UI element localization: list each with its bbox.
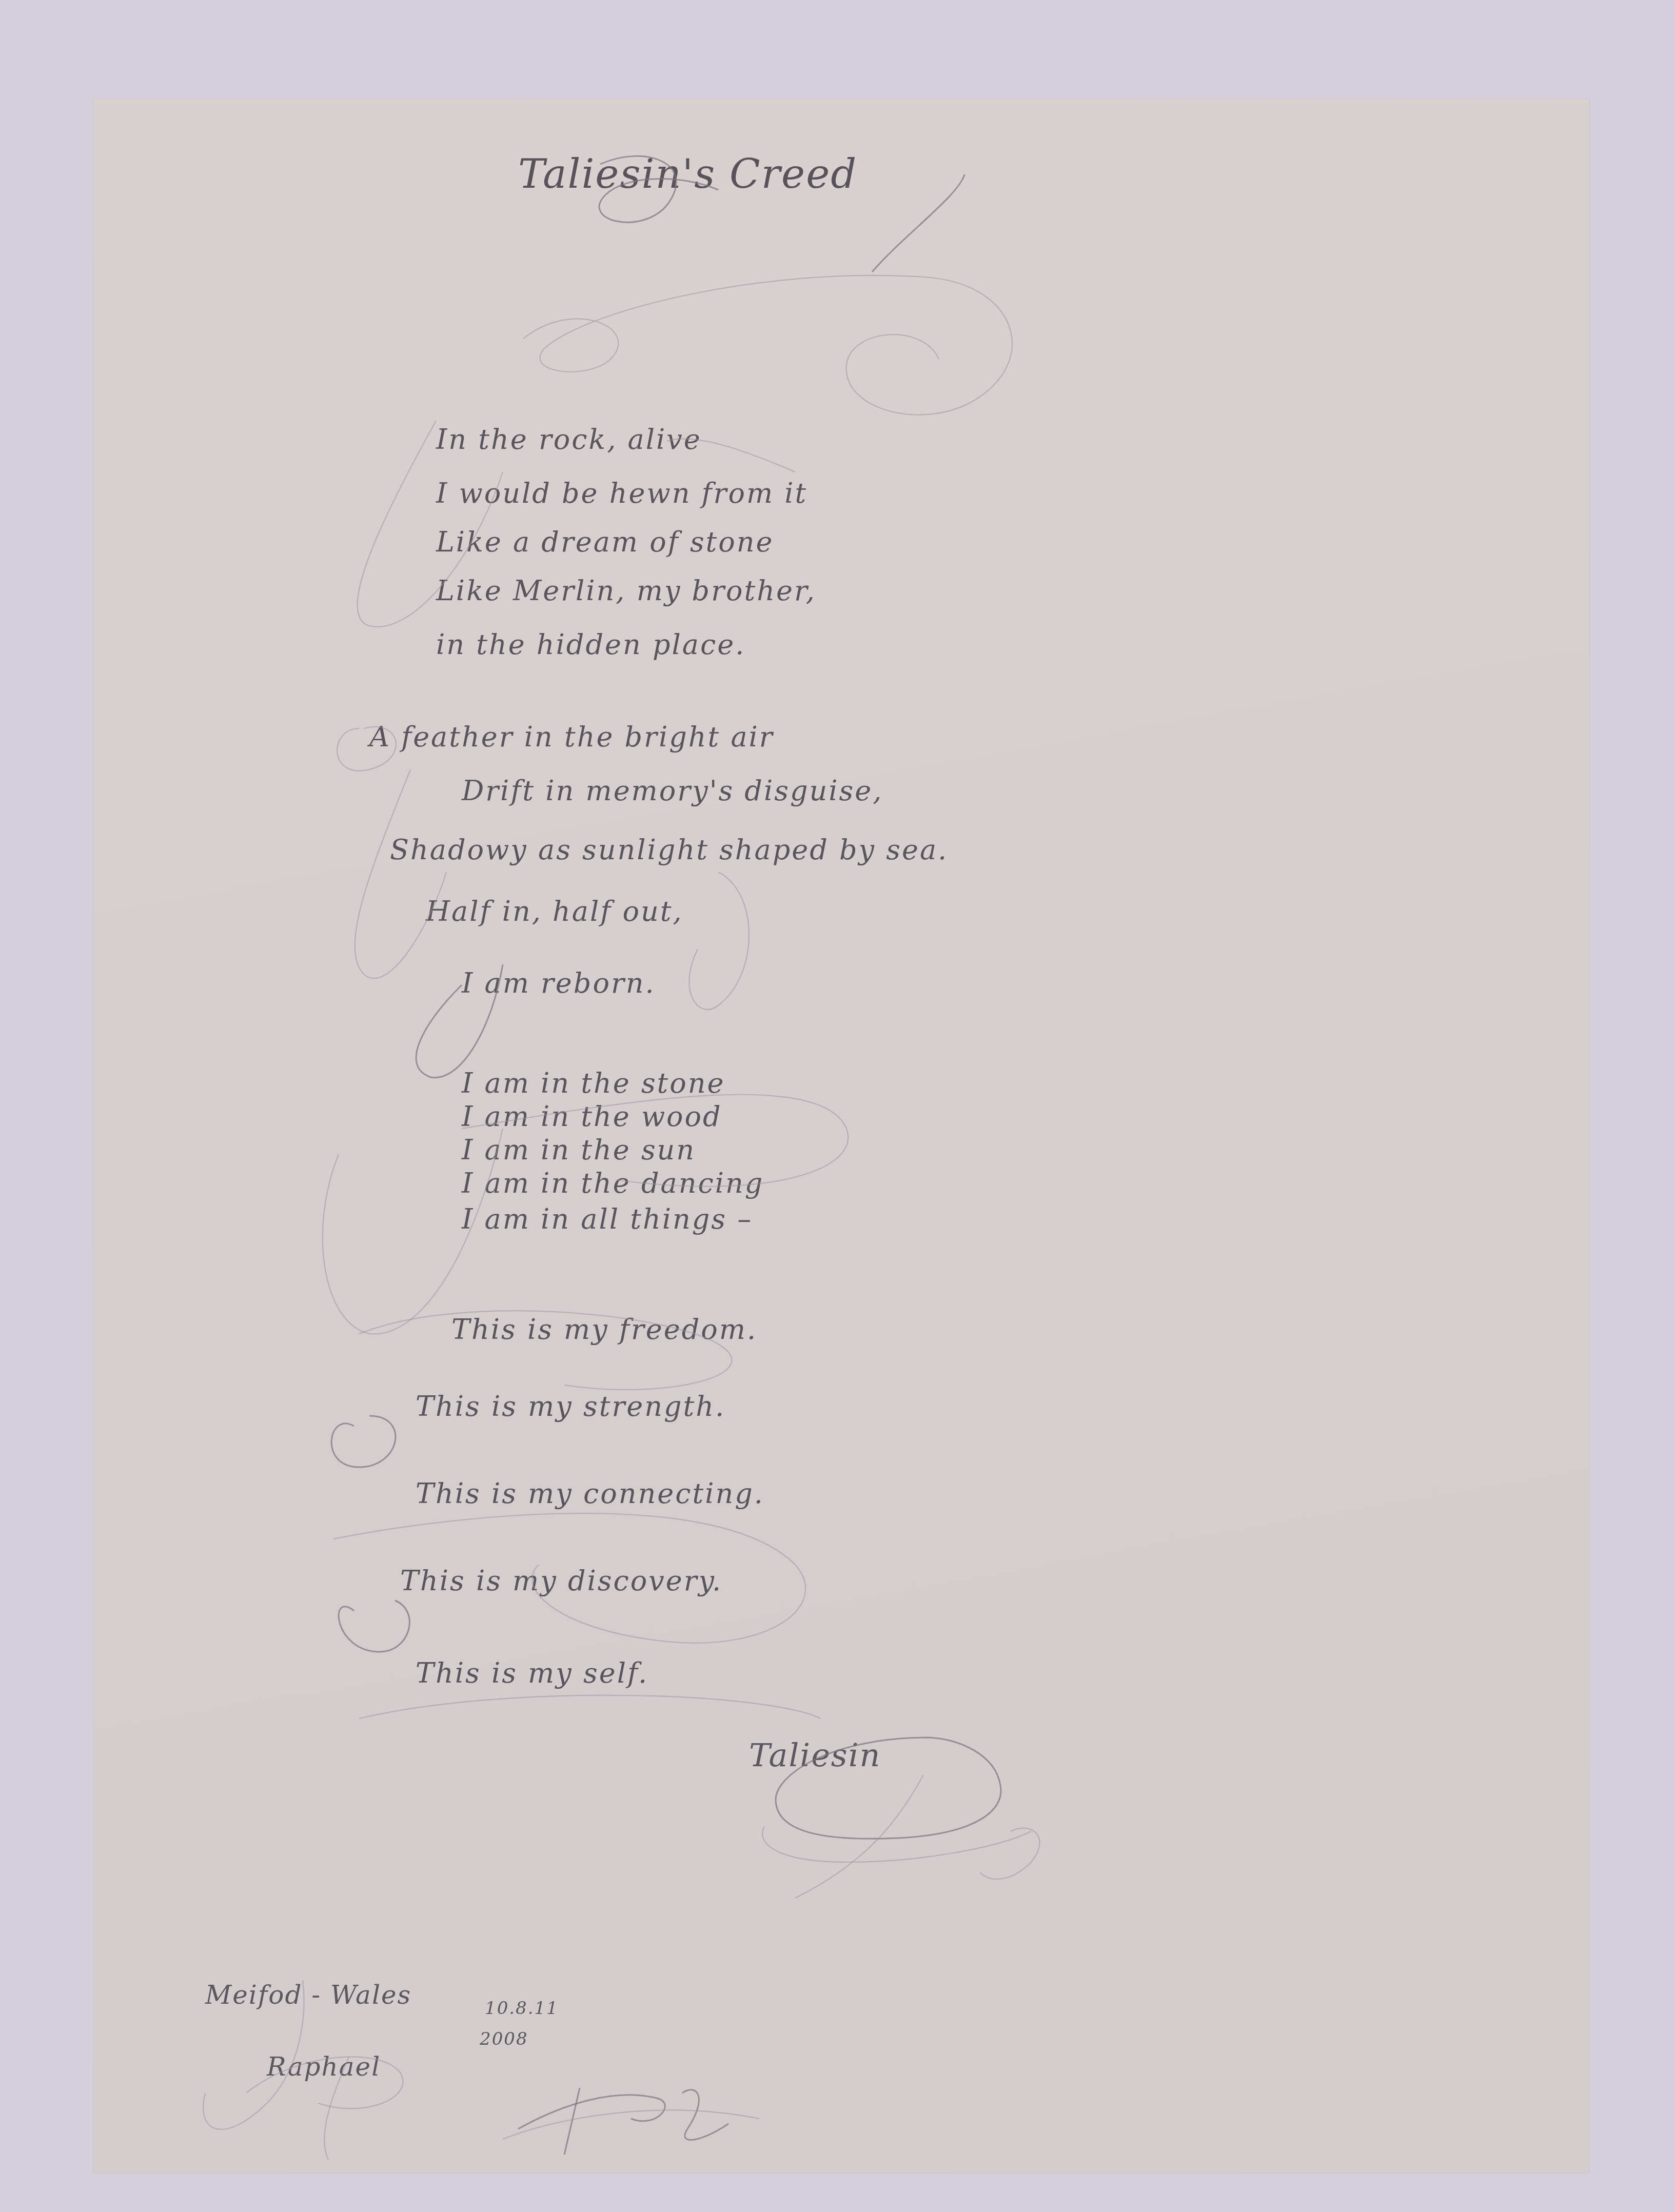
- signature: Taliesin: [749, 1736, 881, 1774]
- poem-line: in the hidden place.: [436, 628, 745, 661]
- poem-line: This is my strength.: [416, 1390, 725, 1423]
- poem-line: Drift in memory's disguise,: [462, 775, 883, 807]
- poem-line: I am in the dancing: [462, 1167, 764, 1199]
- poem-line: I am reborn.: [462, 967, 656, 999]
- inscription-place: Meifod - Wales: [205, 1980, 411, 2010]
- poem-line: I am in all things –: [462, 1203, 753, 1235]
- poem-line: I am in the stone: [462, 1067, 725, 1099]
- inscription-date: 10.8.11: [485, 1998, 559, 2019]
- poem-line: I am in the sun: [462, 1134, 696, 1166]
- inscription-name: Raphael: [267, 2052, 381, 2082]
- poem-line: This is my self.: [416, 1657, 648, 1689]
- poem-line: I am in the wood: [462, 1100, 722, 1133]
- poem-line: Like Merlin, my brother,: [436, 575, 816, 607]
- poem-line: Shadowy as sunlight shaped by sea.: [390, 834, 948, 866]
- poem-line: Half in, half out,: [426, 895, 683, 927]
- inscription-year: 2008: [480, 2029, 528, 2049]
- poem-line: This is my discovery.: [400, 1565, 722, 1597]
- poem-line: In the rock, alive: [436, 423, 702, 456]
- poem-line: A feather in the bright air: [369, 721, 774, 753]
- paper-sheet: [93, 99, 1589, 2172]
- poem-line: Like a dream of stone: [436, 526, 774, 558]
- poem-line: This is my connecting.: [416, 1477, 764, 1510]
- poem-line: This is my freedom.: [451, 1313, 757, 1346]
- poem-line: I would be hewn from it: [436, 477, 807, 509]
- poem-title: Taliesin's Creed: [518, 151, 857, 197]
